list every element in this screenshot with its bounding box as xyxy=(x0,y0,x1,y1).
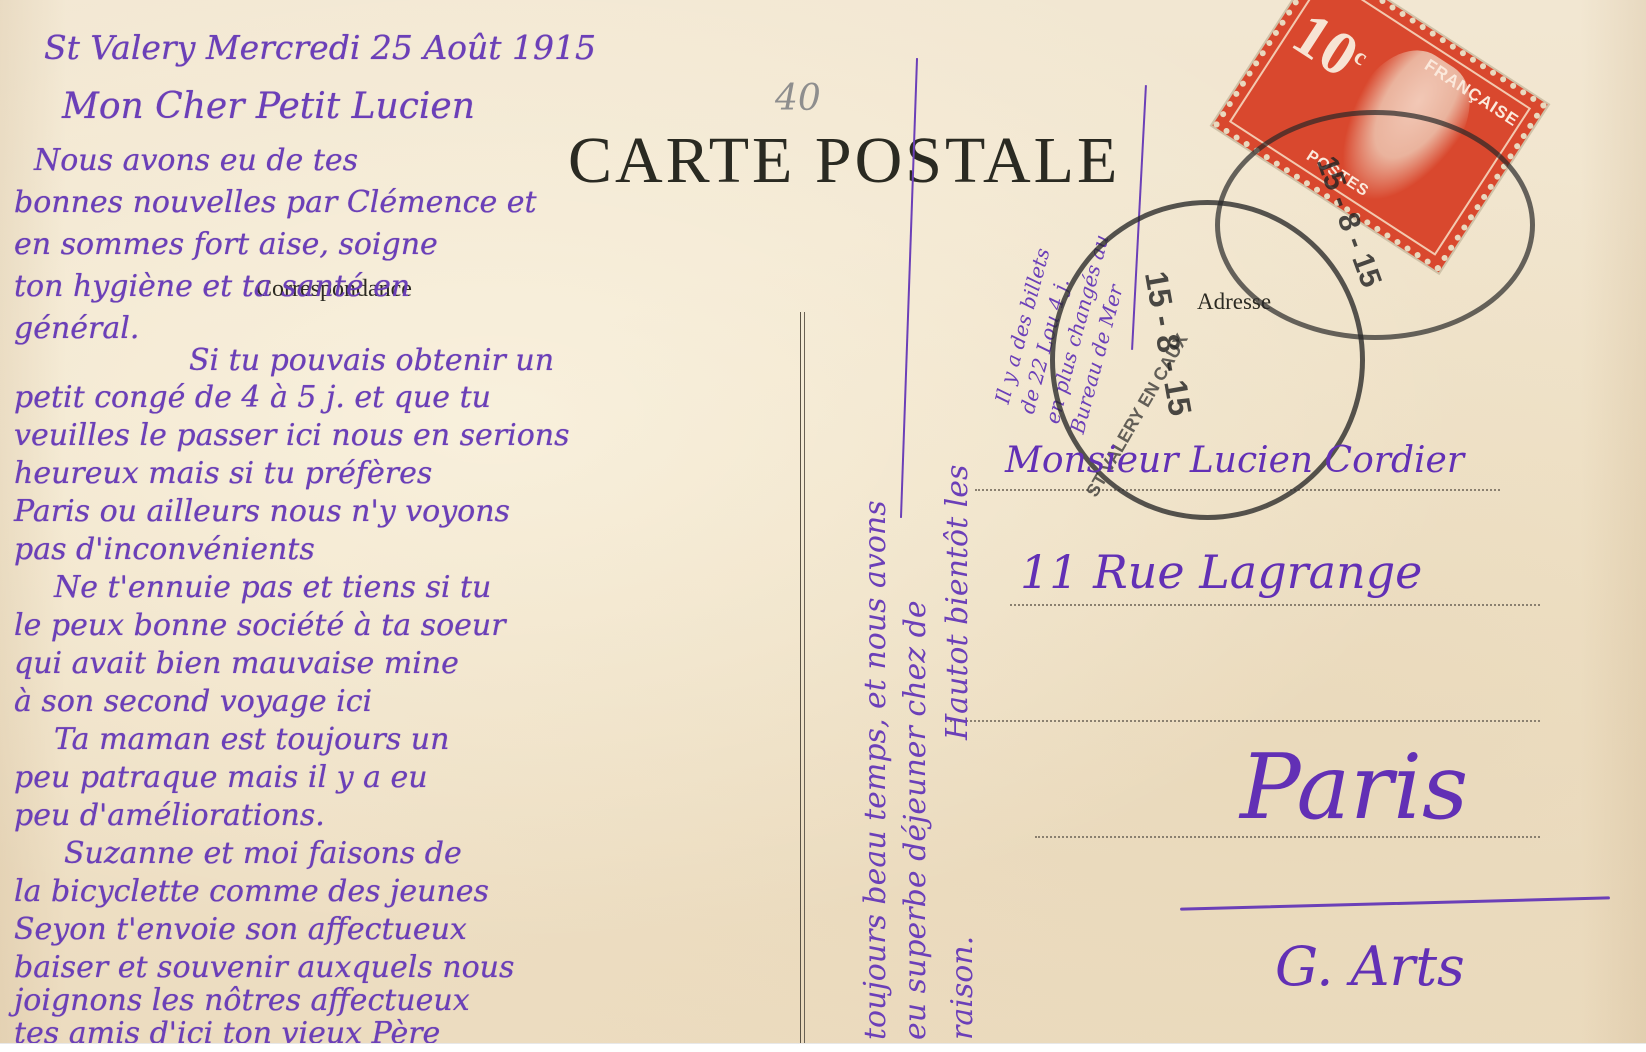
letter-line: veuilles le passer ici nous en serions xyxy=(14,418,570,453)
letter-line: le peux bonne société à ta soeur xyxy=(14,608,506,643)
postcard-back: CARTE POSTALE Correspondance Adresse 40 … xyxy=(0,0,1646,1043)
letter-line: St Valery Mercredi 25 Août 1915 xyxy=(44,28,596,67)
letter-line: Si tu pouvais obtenir un xyxy=(189,343,554,378)
letter-line: général. xyxy=(14,311,139,346)
recipient-city: Paris xyxy=(1240,735,1468,840)
city-underline xyxy=(1180,896,1610,910)
letter-line: Seyon t'envoie son affectueux xyxy=(14,912,467,947)
letter-line: Ne t'ennuie pas et tiens si tu xyxy=(54,570,491,605)
address-line-2 xyxy=(1010,604,1540,606)
letter-line: peu d'améliorations. xyxy=(14,798,325,833)
letter-line: heureux mais si tu préfères xyxy=(14,456,432,491)
letter-line: en sommes fort aise, soigne xyxy=(14,227,438,262)
letter-line: baiser et souvenir auxquels nous xyxy=(14,950,514,985)
carte-postale-heading: CARTE POSTALE xyxy=(568,128,1120,194)
address-line-3 xyxy=(950,720,1540,722)
letter-line: bonnes nouvelles par Clémence et xyxy=(14,185,537,220)
scan-border xyxy=(0,1043,1646,1052)
letter-line: peu patraque mais il y a eu xyxy=(14,760,428,795)
letter-line: pas d'inconvénients xyxy=(14,532,315,567)
letter-line: qui avait bien mauvaise mine xyxy=(14,646,459,681)
letter-line: à son second voyage ici xyxy=(14,684,372,719)
margin-note-column: eu superbe déjeuner chez de xyxy=(898,600,933,1040)
letter-line: Ta maman est toujours un xyxy=(54,722,449,757)
letter-line: joignons les nôtres affectueux xyxy=(14,983,470,1018)
margin-note-column: raison. xyxy=(945,936,980,1040)
margin-note-column: Hautot bientôt les xyxy=(940,465,975,740)
recipient-street: 11 Rue Lagrange xyxy=(1020,545,1422,599)
margin-note-column: toujours beau temps, et nous avons xyxy=(858,500,893,1040)
signature-department: G. Arts xyxy=(1275,935,1465,998)
letter-line: Nous avons eu de tes xyxy=(34,143,358,178)
letter-line: ton hygiène et ta santé en xyxy=(14,269,410,304)
letter-line: Mon Cher Petit Lucien xyxy=(62,86,475,127)
letter-line: Paris ou ailleurs nous n'y voyons xyxy=(14,494,510,529)
letter-line: tes amis d'ici ton vieux Père xyxy=(14,1016,440,1043)
pencil-price-note: 40 xyxy=(775,78,821,119)
letter-line: la bicyclette comme des jeunes xyxy=(14,874,489,909)
center-divider-line xyxy=(800,312,805,1043)
letter-line: petit congé de 4 à 5 j. et que tu xyxy=(14,380,491,415)
letter-line: Suzanne et moi faisons de xyxy=(64,836,462,871)
recipient-name: Monsieur Lucien Cordier xyxy=(1005,440,1464,481)
